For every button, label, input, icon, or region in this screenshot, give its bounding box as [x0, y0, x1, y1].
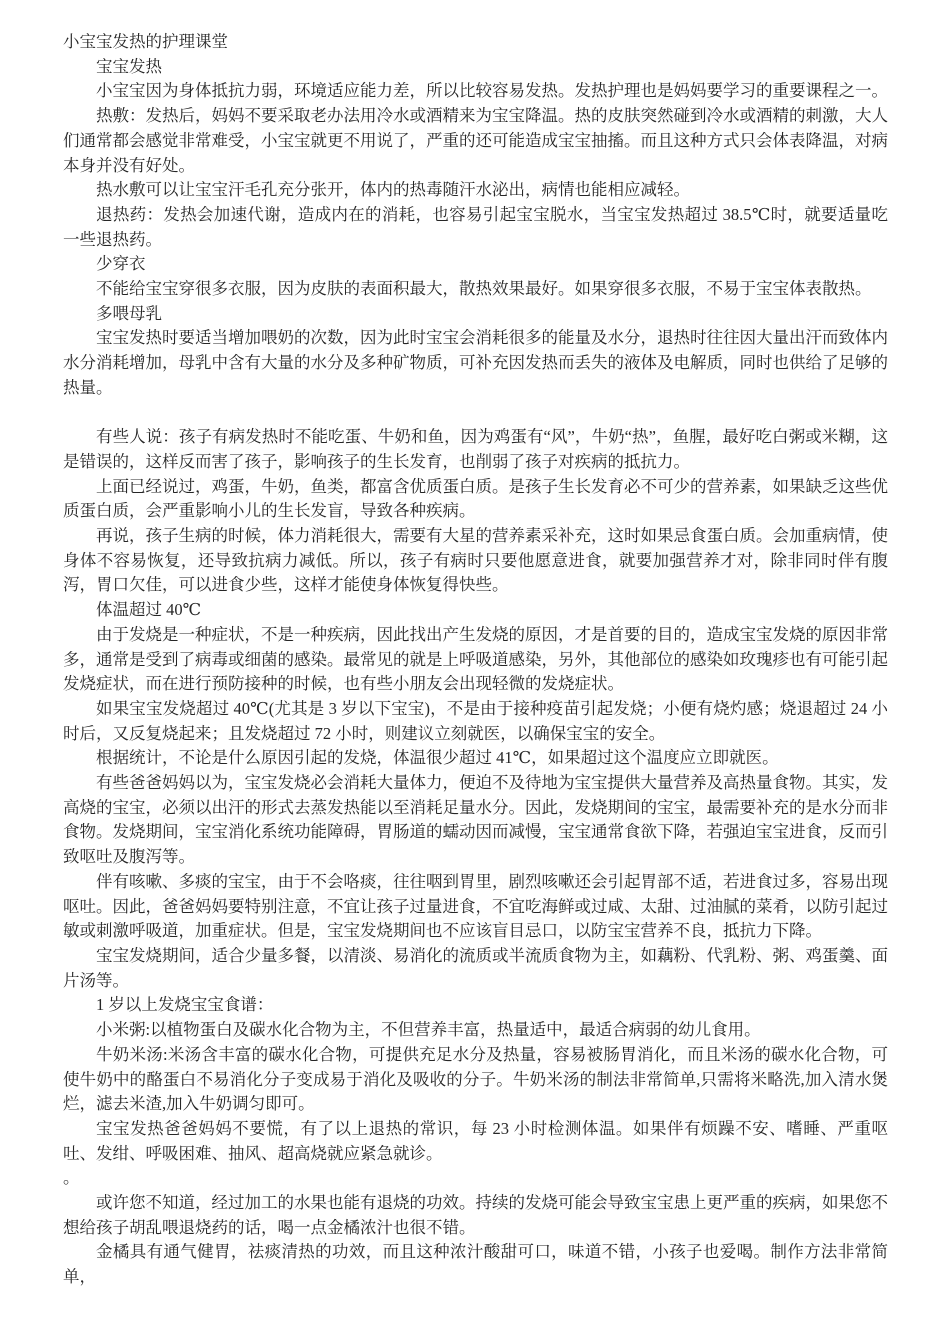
paragraph: 有些爸爸妈妈以为，宝宝发烧必会消耗大量体力，便迫不及待地为宝宝提供大量营养及高热…	[63, 771, 888, 870]
section-heading: 多喂母乳	[63, 302, 888, 327]
section-heading: 体温超过 40℃	[63, 598, 888, 623]
paragraph: 。	[63, 1166, 888, 1191]
document-title: 小宝宝发热的护理课堂	[63, 30, 888, 55]
paragraph: 牛奶米汤:米汤含丰富的碳水化合物，可提供充足水分及热量，容易被肠胃消化，而且米汤…	[63, 1043, 888, 1117]
paragraph: 有些人说：孩子有病发热时不能吃蛋、牛奶和鱼，因为鸡蛋有“风”，牛奶“热”，鱼腥，…	[63, 425, 888, 474]
paragraph: 根据统计，不论是什么原因引起的发烧，体温很少超过 41℃，如果超过这个温度应立即…	[63, 746, 888, 771]
paragraph: 由于发烧是一种症状，不是一种疾病，因此找出产生发烧的原因，才是首要的目的，造成宝…	[63, 623, 888, 697]
paragraph: 热敷：发热后，妈妈不要采取老办法用冷水或酒精来为宝宝降温。热的皮肤突然碰到冷水或…	[63, 104, 888, 178]
paragraph: 小宝宝因为身体抵抗力弱，环境适应能力差，所以比较容易发热。发热护理也是妈妈要学习…	[63, 79, 888, 104]
blank-line	[63, 401, 888, 426]
paragraph: 不能给宝宝穿很多衣服，因为皮肤的表面积最大，散热效果最好。如果穿很多衣服，不易于…	[63, 277, 888, 302]
paragraph: 上面已经说过，鸡蛋，牛奶，鱼类，都富含优质蛋白质。是孩子生长发育必不可少的营养素…	[63, 475, 888, 524]
paragraph: 或许您不知道，经过加工的水果也能有退烧的功效。持续的发烧可能会导致宝宝患上更严重…	[63, 1191, 888, 1240]
paragraph: 热水敷可以让宝宝汗毛孔充分张开，体内的热毒随汗水泌出，病情也能相应减轻。	[63, 178, 888, 203]
paragraph: 宝宝发烧期间，适合少量多餐，以清淡、易消化的流质或半流质食物为主，如藕粉、代乳粉…	[63, 944, 888, 993]
paragraph: 宝宝发热爸爸妈妈不要慌，有了以上退热的常识，每 23 小时检测体温。如果伴有烦躁…	[63, 1117, 888, 1166]
paragraph: 再说，孩子生病的时候，体力消耗很大，需要有大星的营养素采补充，这时如果忌食蛋白质…	[63, 524, 888, 598]
paragraph: 宝宝发热时要适当增加喂奶的次数，因为此时宝宝会消耗很多的能量及水分，退热时往往因…	[63, 326, 888, 400]
document-page: 小宝宝发热的护理课堂宝宝发热小宝宝因为身体抵抗力弱，环境适应能力差，所以比较容易…	[0, 0, 950, 1344]
paragraph: 金橘具有通气健胃，祛痰清热的功效，而且这种浓汁酸甜可口，味道不错，小孩子也爱喝。…	[63, 1240, 888, 1289]
section-heading: 1 岁以上发烧宝宝食谱：	[63, 993, 888, 1018]
paragraph: 小米粥:以植物蛋白及碳水化合物为主，不但营养丰富，热量适中，最适合病弱的幼儿食用…	[63, 1018, 888, 1043]
section-heading: 宝宝发热	[63, 55, 888, 80]
section-heading: 少穿衣	[63, 252, 888, 277]
paragraph: 伴有咳嗽、多痰的宝宝，由于不会咯痰，往往咽到胃里，剧烈咳嗽还会引起胃部不适，若进…	[63, 870, 888, 944]
document-body: 小宝宝发热的护理课堂宝宝发热小宝宝因为身体抵抗力弱，环境适应能力差，所以比较容易…	[63, 30, 888, 1290]
paragraph: 如果宝宝发烧超过 40℃(尤其是 3 岁以下宝宝)，不是由于接种疫苗引起发烧；小…	[63, 697, 888, 746]
paragraph: 退热药：发热会加速代谢，造成内在的消耗，也容易引起宝宝脱水，当宝宝发热超过 38…	[63, 203, 888, 252]
